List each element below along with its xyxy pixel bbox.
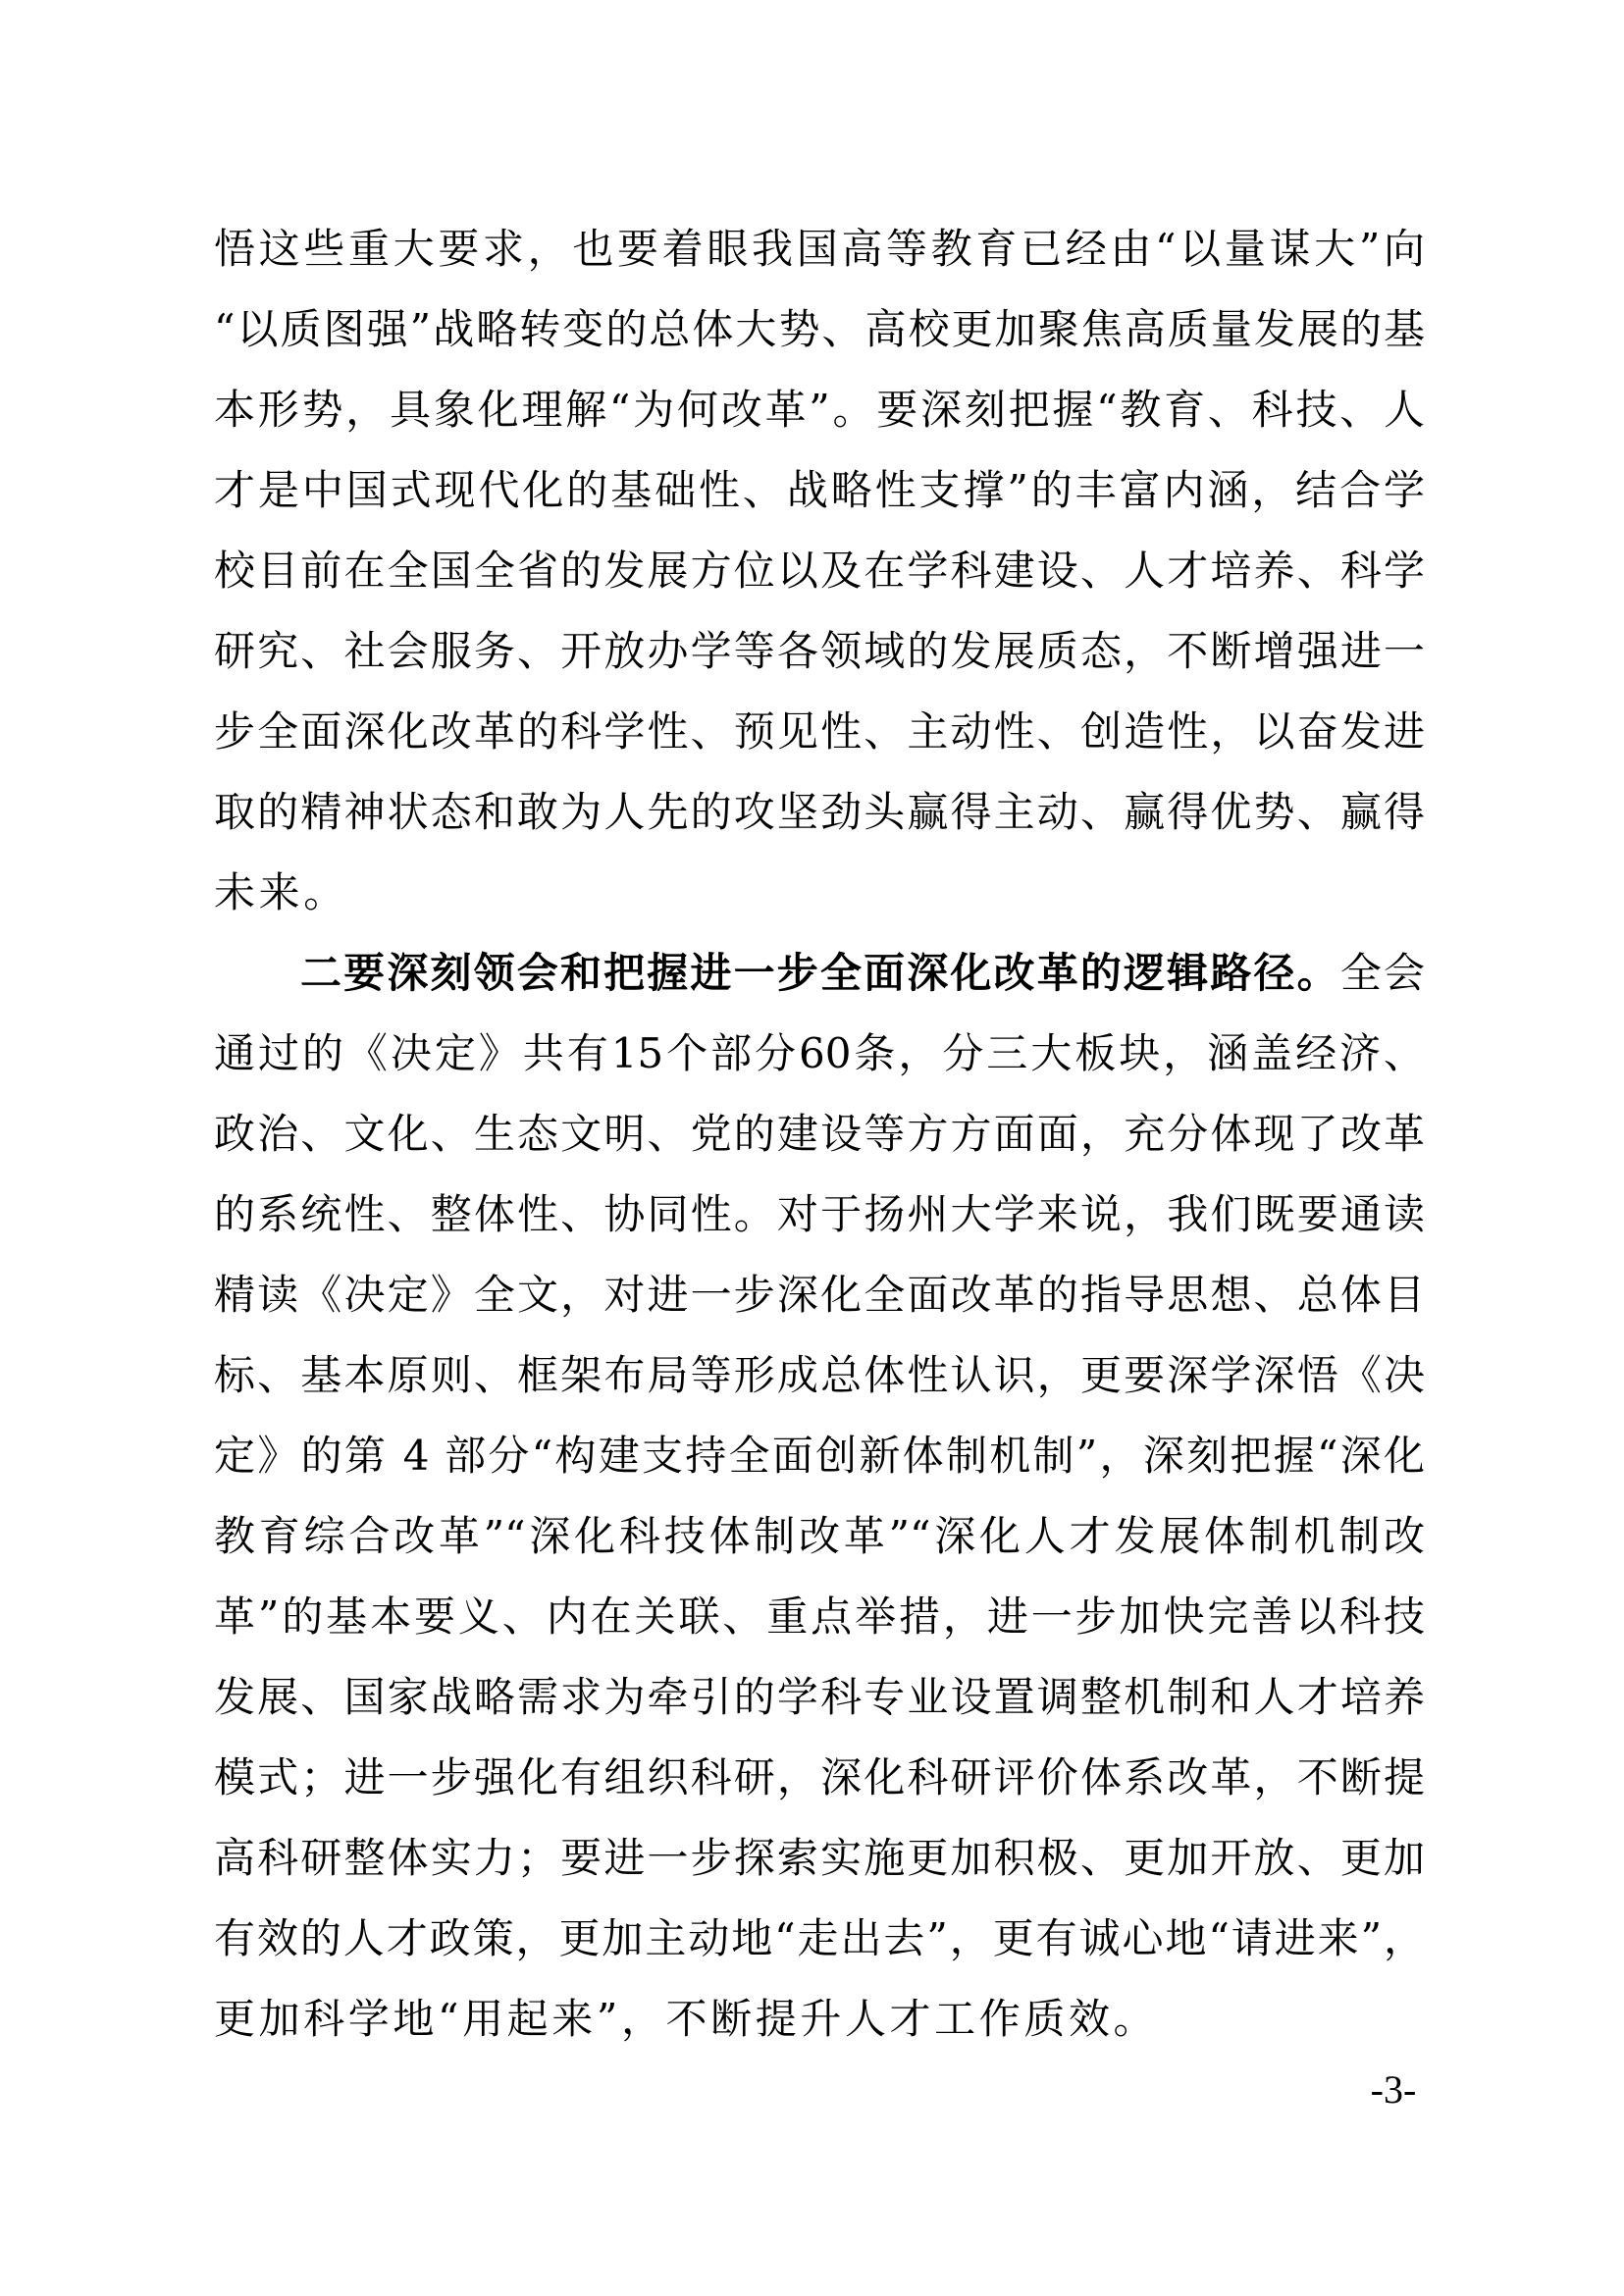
text-line: 更加科学地“用起来”，不断提升人才工作质效。 — [214, 1990, 1425, 2070]
document-page: 悟这些重大要求，也要着眼我国高等教育已经由“以量谋大”向 “以质图强”战略转变的… — [0, 0, 1624, 2296]
text-line: 通过的《决定》共有15个部分60条，分三大板块，涵盖经济、 — [214, 1024, 1425, 1105]
text-line: 才是中国式现代化的基础性、战略性支撑”的丰富内涵，结合学 — [214, 461, 1425, 542]
text-line: 步全面深化改革的科学性、预见性、主动性、创造性，以奋发进 — [214, 703, 1425, 783]
text-line: 悟这些重大要求，也要着眼我国高等教育已经由“以量谋大”向 — [214, 220, 1425, 300]
text-line: 未来。 — [214, 863, 1425, 944]
paragraph-1: 悟这些重大要求，也要着眼我国高等教育已经由“以量谋大”向 “以质图强”战略转变的… — [214, 220, 1425, 944]
text-line: 定》的第 4 部分“构建支持全面创新体制机制”，深刻把握“深化 — [214, 1427, 1425, 1507]
text-line: 有效的人才政策，更加主动地“走出去”，更有诚心地“请进来”， — [214, 1909, 1425, 1990]
text-line: 校目前在全国全省的发展方位以及在学科建设、人才培养、科学 — [214, 542, 1425, 622]
body-text: 悟这些重大要求，也要着眼我国高等教育已经由“以量谋大”向 “以质图强”战略转变的… — [214, 220, 1425, 2070]
text-line: 本形势，具象化理解“为何改革”。要深刻把握“教育、科技、人 — [214, 381, 1425, 461]
text-line: 取的精神状态和敢为人先的攻坚劲头赢得主动、赢得优势、赢得 — [214, 783, 1425, 863]
text-line: 研究、社会服务、开放办学等各领域的发展质态，不断增强进一 — [214, 622, 1425, 703]
text-line: 发展、国家战略需求为牵引的学科专业设置调整机制和人才培养 — [214, 1668, 1425, 1748]
text-line: 标、基本原则、框架布局等形成总体性认识，更要深学深悟《决 — [214, 1346, 1425, 1427]
text-line: 政治、文化、生态文明、党的建设等方方面面，充分体现了改革 — [214, 1105, 1425, 1185]
paragraph-heading-line: 二要深刻领会和把握进一步全面深化改革的逻辑路径。全会 — [214, 944, 1425, 1024]
text-line: 模式；进一步强化有组织科研，深化科研评价体系改革，不断提 — [214, 1748, 1425, 1829]
text-line: 高科研整体实力；要进一步探索实施更加积极、更加开放、更加 — [214, 1829, 1425, 1909]
text-line: 教育综合改革”“深化科技体制改革”“深化人才发展体制机制改 — [214, 1507, 1425, 1588]
text-line: “以质图强”战略转变的总体大势、高校更加聚焦高质量发展的基 — [214, 300, 1425, 381]
text-line: 的系统性、整体性、协同性。对于扬州大学来说，我们既要通读 — [214, 1185, 1425, 1266]
heading-tail-text: 全会 — [1340, 949, 1425, 997]
text-line: 精读《决定》全文，对进一步深化全面改革的指导思想、总体目 — [214, 1266, 1425, 1346]
text-line: 革”的基本要义、内在关联、重点举措，进一步加快完善以科技 — [214, 1588, 1425, 1668]
page-number: -3- — [1354, 2066, 1433, 2113]
paragraph-2: 二要深刻领会和把握进一步全面深化改革的逻辑路径。全会 通过的《决定》共有15个部… — [214, 944, 1425, 2070]
section-heading: 二要深刻领会和把握进一步全面深化改革的逻辑路径。 — [300, 949, 1340, 997]
